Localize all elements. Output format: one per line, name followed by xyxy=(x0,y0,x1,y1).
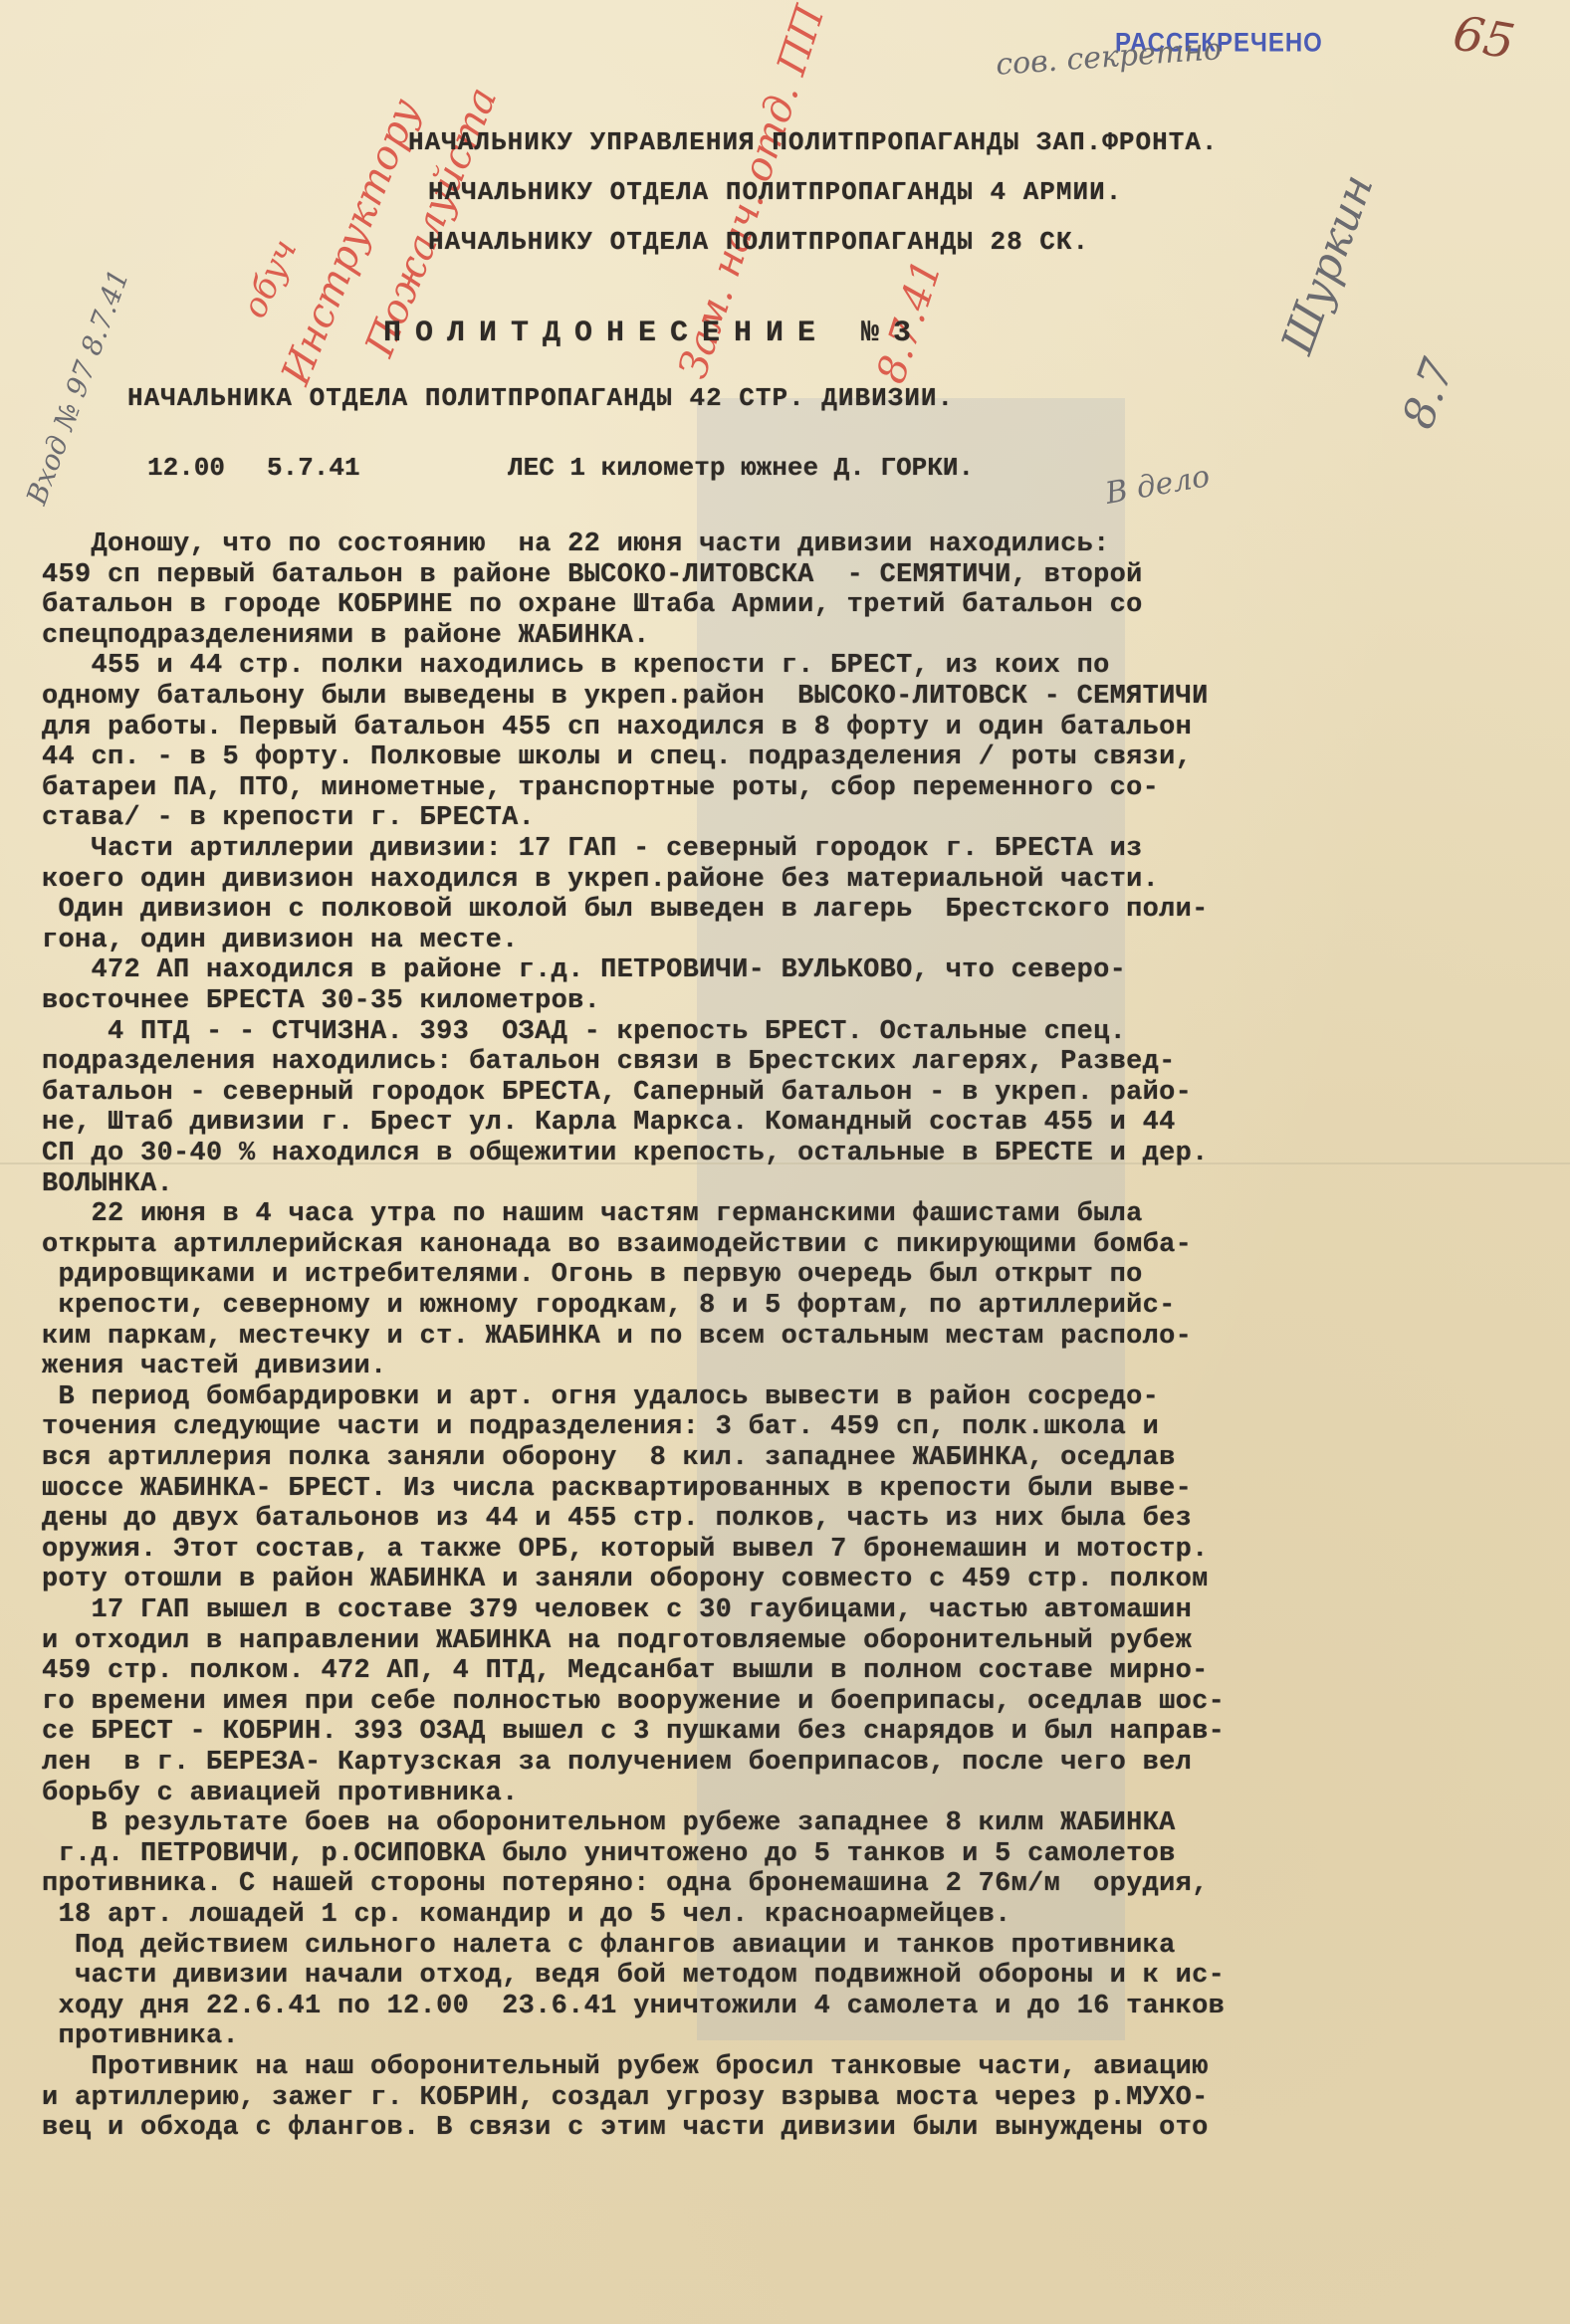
body-line: для работы. Первый батальон 455 сп наход… xyxy=(42,713,1192,742)
body-line: одному батальону были выведены в укреп.р… xyxy=(42,682,1209,712)
report-date: 5.7.41 xyxy=(267,453,360,483)
document-subtitle: НАЧАЛЬНИКА ОТДЕЛА ПОЛИТПРОПАГАНДЫ 42 СТР… xyxy=(127,383,954,413)
body-line: крепости, северному и южному городкам, 8… xyxy=(42,1291,1176,1321)
report-location: ЛЕС 1 километр южнее Д. ГОРКИ. xyxy=(508,453,974,483)
body-line: и артиллерию, зажег г. КОБРИН, создал уг… xyxy=(42,2083,1209,2113)
body-line: части дивизии начали отход, ведя бой мет… xyxy=(42,1961,1225,1991)
body-line: 459 сп первый батальон в районе ВЫСОКО-Л… xyxy=(42,560,1143,590)
signature-date-annotation: 8.7 xyxy=(1393,352,1464,435)
incoming-number-annotation: Вход № 97 8.7.41 xyxy=(20,265,135,509)
body-line: 17 ГАП вышел в составе 379 человек с 30 … xyxy=(42,1595,1192,1625)
body-line: ким паркам, местечку и ст. ЖАБИНКА и по … xyxy=(42,1322,1192,1352)
body-line: Один дивизион с полковой школой был выве… xyxy=(42,895,1209,925)
body-line: ВОЛЫНКА. xyxy=(42,1169,173,1199)
body-line: 4 ПТД - - СТЧИЗНА. 393 ОЗАД - крепость Б… xyxy=(42,1017,1126,1047)
body-line: става/ - в крепости г. БРЕСТА. xyxy=(42,803,535,833)
body-line: батальон в городе КОБРИНЕ по охране Штаб… xyxy=(42,590,1143,620)
addressee-1: НАЧАЛЬНИКУ УПРАВЛЕНИЯ ПОЛИТПРОПАГАНДЫ ЗА… xyxy=(408,127,1219,157)
body-line: восточнее БРЕСТА 30-35 километров. xyxy=(42,986,600,1016)
body-line: Противник на наш оборонительный рубеж бр… xyxy=(42,2052,1209,2082)
body-line: В результате боев на оборонительном рубе… xyxy=(42,1808,1176,1838)
body-line: батареи ПА, ПТО, минометные, транспортны… xyxy=(42,773,1159,803)
body-line: вец и обхода с флангов. В связи с этим ч… xyxy=(42,2113,1209,2143)
secret-pencil-note: сов. секретно xyxy=(995,32,1223,83)
signature-annotation: Шуркин xyxy=(1272,168,1384,361)
body-line: рдировщиками и истребителями. Огонь в пе… xyxy=(42,1260,1143,1290)
body-line: противника. С нашей стороны потеряно: од… xyxy=(42,1869,1209,1899)
body-line: 459 стр. полком. 472 АП, 4 ПТД, Медсанба… xyxy=(42,1656,1209,1686)
body-line: спецподразделениями в районе ЖАБИНКА. xyxy=(42,621,650,651)
body-line: борьбу с авиацией противника. xyxy=(42,1779,519,1808)
body-line: В период бомбардировки и арт. огня удало… xyxy=(42,1382,1159,1412)
body-line: коего один дивизион находился в укреп.ра… xyxy=(42,865,1159,895)
body-line: Части артиллерии дивизии: 17 ГАП - север… xyxy=(42,834,1143,864)
body-line: и отходил в направлении ЖАБИНКА на подго… xyxy=(42,1626,1192,1656)
report-time: 12.00 xyxy=(147,453,225,483)
body-line: 44 сп. - в 5 форту. Полковые школы и спе… xyxy=(42,742,1192,772)
body-line: 472 АП находился в районе г.д. ПЕТРОВИЧИ… xyxy=(42,955,1126,985)
body-line: 18 арт. лошадей 1 ср. командир и до 5 че… xyxy=(42,1900,1011,1930)
body-line: лен в г. БЕРЕЗА- Картузская за получение… xyxy=(42,1748,1192,1778)
body-line: СП до 30-40 % находился в общежитии креп… xyxy=(42,1139,1209,1168)
body-line: батальон - северный городок БРЕСТА, Сапе… xyxy=(42,1078,1192,1108)
document-title: ПОЛИТДОНЕСЕНИЕ №3 xyxy=(383,317,925,350)
body-line: 455 и 44 стр. полки находились в крепост… xyxy=(42,651,1110,681)
body-line: го времени имея при себе полностью воору… xyxy=(42,1687,1225,1717)
body-line: роту отошли в район ЖАБИНКА и заняли обо… xyxy=(42,1565,1209,1594)
body-line: Доношу, что по состоянию на 22 июня част… xyxy=(42,529,1110,559)
body-line: вся артиллерия полка заняли оборону 8 ки… xyxy=(42,1443,1176,1473)
body-line: точения следующие части и подразделения:… xyxy=(42,1412,1159,1442)
body-line: гона, один дивизион на месте. xyxy=(42,926,519,955)
body-line: г.д. ПЕТРОВИЧИ, р.ОСИПОВКА было уничтоже… xyxy=(42,1839,1176,1869)
red-note-1: обуч xyxy=(235,233,306,323)
body-line: не, Штаб дивизии г. Брест ул. Карла Марк… xyxy=(42,1108,1176,1138)
body-line: се БРЕСТ - КОБРИН. 393 ОЗАД вышел с 3 пу… xyxy=(42,1717,1225,1747)
body-line: дены до двух батальонов из 44 и 455 стр.… xyxy=(42,1504,1192,1534)
body-line: оружия. Этот состав, а также ОРБ, которы… xyxy=(42,1535,1209,1565)
body-line: подразделения находились: батальон связи… xyxy=(42,1047,1176,1077)
body-line: 22 июня в 4 часа утра по нашим частям ге… xyxy=(42,1199,1143,1229)
body-line: жения частей дивизии. xyxy=(42,1352,387,1381)
body-line: открыта артиллерийская канонада во взаим… xyxy=(42,1230,1192,1260)
body-line: Под действием сильного налета с флангов … xyxy=(42,1931,1176,1961)
addressee-2: НАЧАЛЬНИКУ ОТДЕЛА ПОЛИТПРОПАГАНДЫ 4 АРМИ… xyxy=(428,177,1122,207)
body-line: ходу дня 22.6.41 по 12.00 23.6.41 уничто… xyxy=(42,1992,1225,2021)
page-number-annotation: 65 xyxy=(1450,5,1519,71)
body-line: противника. xyxy=(42,2021,239,2051)
addressee-3: НАЧАЛЬНИКУ ОТДЕЛА ПОЛИТПРОПАГАНДЫ 28 СК. xyxy=(428,227,1089,257)
body-line: шоссе ЖАБИНКА- БРЕСТ. Из числа раскварти… xyxy=(42,1474,1192,1504)
document-page: РАССЕКРЕЧЕНО 65 сов. секретно Шуркин 8.7… xyxy=(0,0,1570,2324)
